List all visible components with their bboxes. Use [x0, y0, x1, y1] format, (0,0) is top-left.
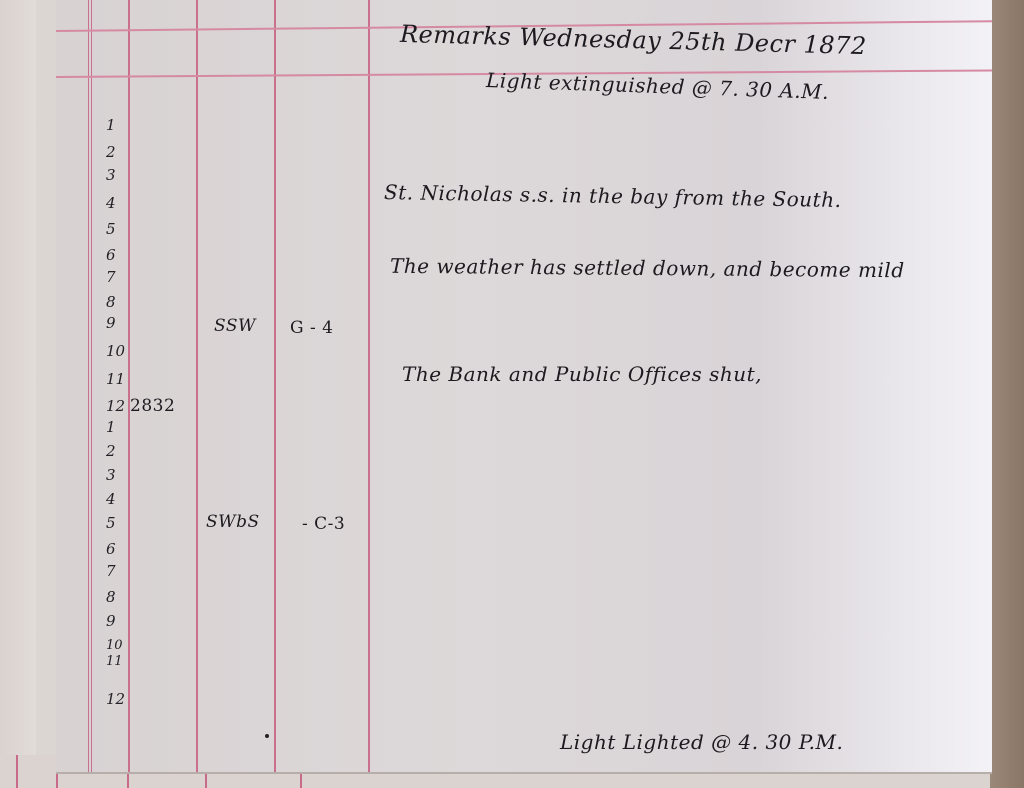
- book-binding-edge: [990, 0, 1024, 788]
- hour-label: 7: [106, 268, 116, 286]
- margin-rule: [88, 0, 92, 772]
- ink-dot: [265, 734, 269, 738]
- hour-label: 6: [106, 246, 116, 264]
- hour-label: 5: [106, 220, 116, 238]
- hour-label: 12: [106, 397, 125, 415]
- hour-label: 4: [106, 194, 116, 212]
- column-rule: [128, 0, 130, 772]
- hour-label: 7: [106, 562, 116, 580]
- hour-label: 3: [106, 166, 116, 184]
- hour-label: 8: [106, 293, 116, 311]
- hour-label: 9: [106, 612, 116, 630]
- column-rule: [274, 0, 276, 772]
- hour-label: 10: [106, 342, 125, 360]
- hour-label: 11: [106, 654, 123, 669]
- hour-label: 9: [106, 314, 116, 332]
- wind-force-am: G - 4: [290, 318, 333, 338]
- hour-label: 1: [106, 418, 116, 436]
- hour-label: 11: [106, 370, 125, 388]
- hour-label: 3: [106, 466, 116, 484]
- remark-line: The weather has settled down, and become…: [390, 254, 905, 282]
- hour-label: 10: [106, 638, 123, 653]
- logbook-page: Remarks Wednesday 25th Decr 1872 Light e…: [56, 0, 992, 774]
- column-rule: [196, 0, 198, 772]
- light-extinguished-note: Light extinguished @ 7. 30 A.M.: [486, 68, 830, 104]
- remark-line: The Bank and Public Offices shut,: [402, 362, 762, 386]
- hour-label: 5: [106, 514, 116, 532]
- column-rule: [368, 0, 370, 772]
- wind-force-pm: - C-3: [302, 514, 345, 534]
- hour-label: 1: [106, 116, 116, 134]
- hour-label: 2: [106, 143, 116, 161]
- remarks-title: Remarks Wednesday 25th Decr 1872: [400, 20, 867, 60]
- light-lighted-note: Light Lighted @ 4. 30 P.M.: [560, 730, 843, 754]
- wind-direction-am: SSW: [214, 316, 256, 336]
- hour-label: 8: [106, 588, 116, 606]
- hour-label: 6: [106, 540, 116, 558]
- hour-label: 2: [106, 442, 116, 460]
- hour-label: 12: [106, 690, 125, 708]
- remark-line: St. Nicholas s.s. in the bay from the So…: [384, 180, 842, 212]
- noon-reading: 2832: [130, 396, 175, 416]
- wind-direction-pm: SWbS: [206, 512, 260, 532]
- hour-label: 4: [106, 490, 116, 508]
